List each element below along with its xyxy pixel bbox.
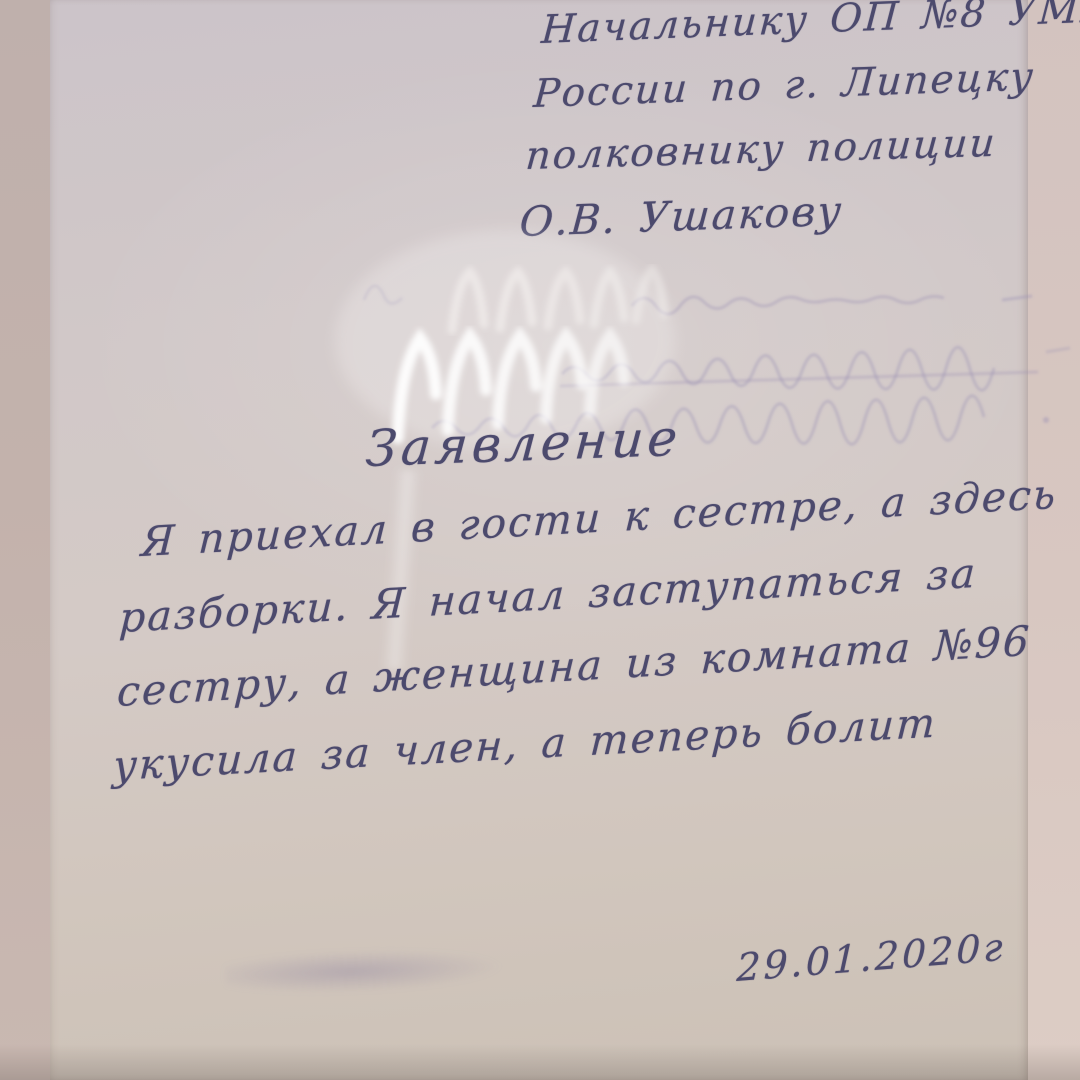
document-title: Заявление — [364, 409, 683, 478]
photo-of-handwritten-statement: Начальнику ОП №8 УМВД России по г. Липец… — [0, 0, 1080, 1080]
bottom-edge-shadow — [0, 1044, 1080, 1080]
